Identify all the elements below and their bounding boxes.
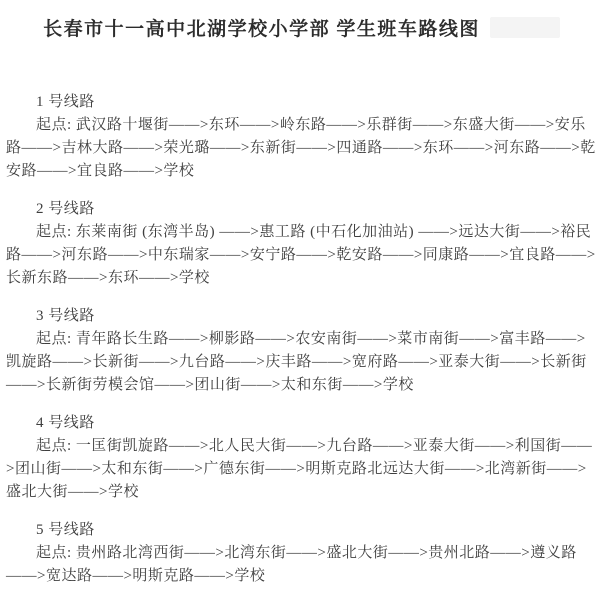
- route-section-4: 4 号线路 起点: 一匡街凯旋路——>北人民大街——>九台路——>亚泰大街——>…: [6, 412, 597, 504]
- blurred-stamp-box: [490, 17, 560, 38]
- route-section-5: 5 号线路 起点: 贵州路北湾西街——>北湾东街——>盛北大街——>贵州北路——…: [6, 519, 597, 588]
- route-5-name: 5 号线路: [6, 519, 597, 542]
- route-2-name: 2 号线路: [6, 198, 597, 221]
- route-section-2: 2 号线路 起点: 东莱南街 (东湾半岛) ——>惠工路 (中石化加油站) ——…: [6, 198, 597, 290]
- route-4-path: 起点: 一匡街凯旋路——>北人民大街——>九台路——>亚泰大街——>利国街——>…: [6, 435, 597, 504]
- page-title: 长春市十一高中北湖学校小学部 学生班车路线图: [43, 14, 480, 41]
- route-section-3: 3 号线路 起点: 青年路长生路——>柳影路——>农安南街——>菜市南街——>富…: [6, 305, 597, 397]
- route-2-path: 起点: 东莱南街 (东湾半岛) ——>惠工路 (中石化加油站) ——>远达大街—…: [6, 221, 597, 290]
- route-1-path: 起点: 武汉路十堰街——>东环——>岭东路——>乐群街——>东盛大街——>安乐路…: [6, 114, 597, 183]
- route-3-path: 起点: 青年路长生路——>柳影路——>农安南街——>菜市南街——>富丰路——>凯…: [6, 328, 597, 397]
- route-section-1: 1 号线路 起点: 武汉路十堰街——>东环——>岭东路——>乐群街——>东盛大街…: [6, 91, 597, 183]
- route-1-name: 1 号线路: [6, 91, 597, 114]
- route-4-name: 4 号线路: [6, 412, 597, 435]
- document-header: 长春市十一高中北湖学校小学部 学生班车路线图: [6, 14, 597, 41]
- route-5-path: 起点: 贵州路北湾西街——>北湾东街——>盛北大街——>贵州北路——>遵义路——…: [6, 542, 597, 588]
- bus-route-document: 长春市十一高中北湖学校小学部 学生班车路线图 1 号线路 起点: 武汉路十堰街—…: [0, 0, 603, 597]
- route-3-name: 3 号线路: [6, 305, 597, 328]
